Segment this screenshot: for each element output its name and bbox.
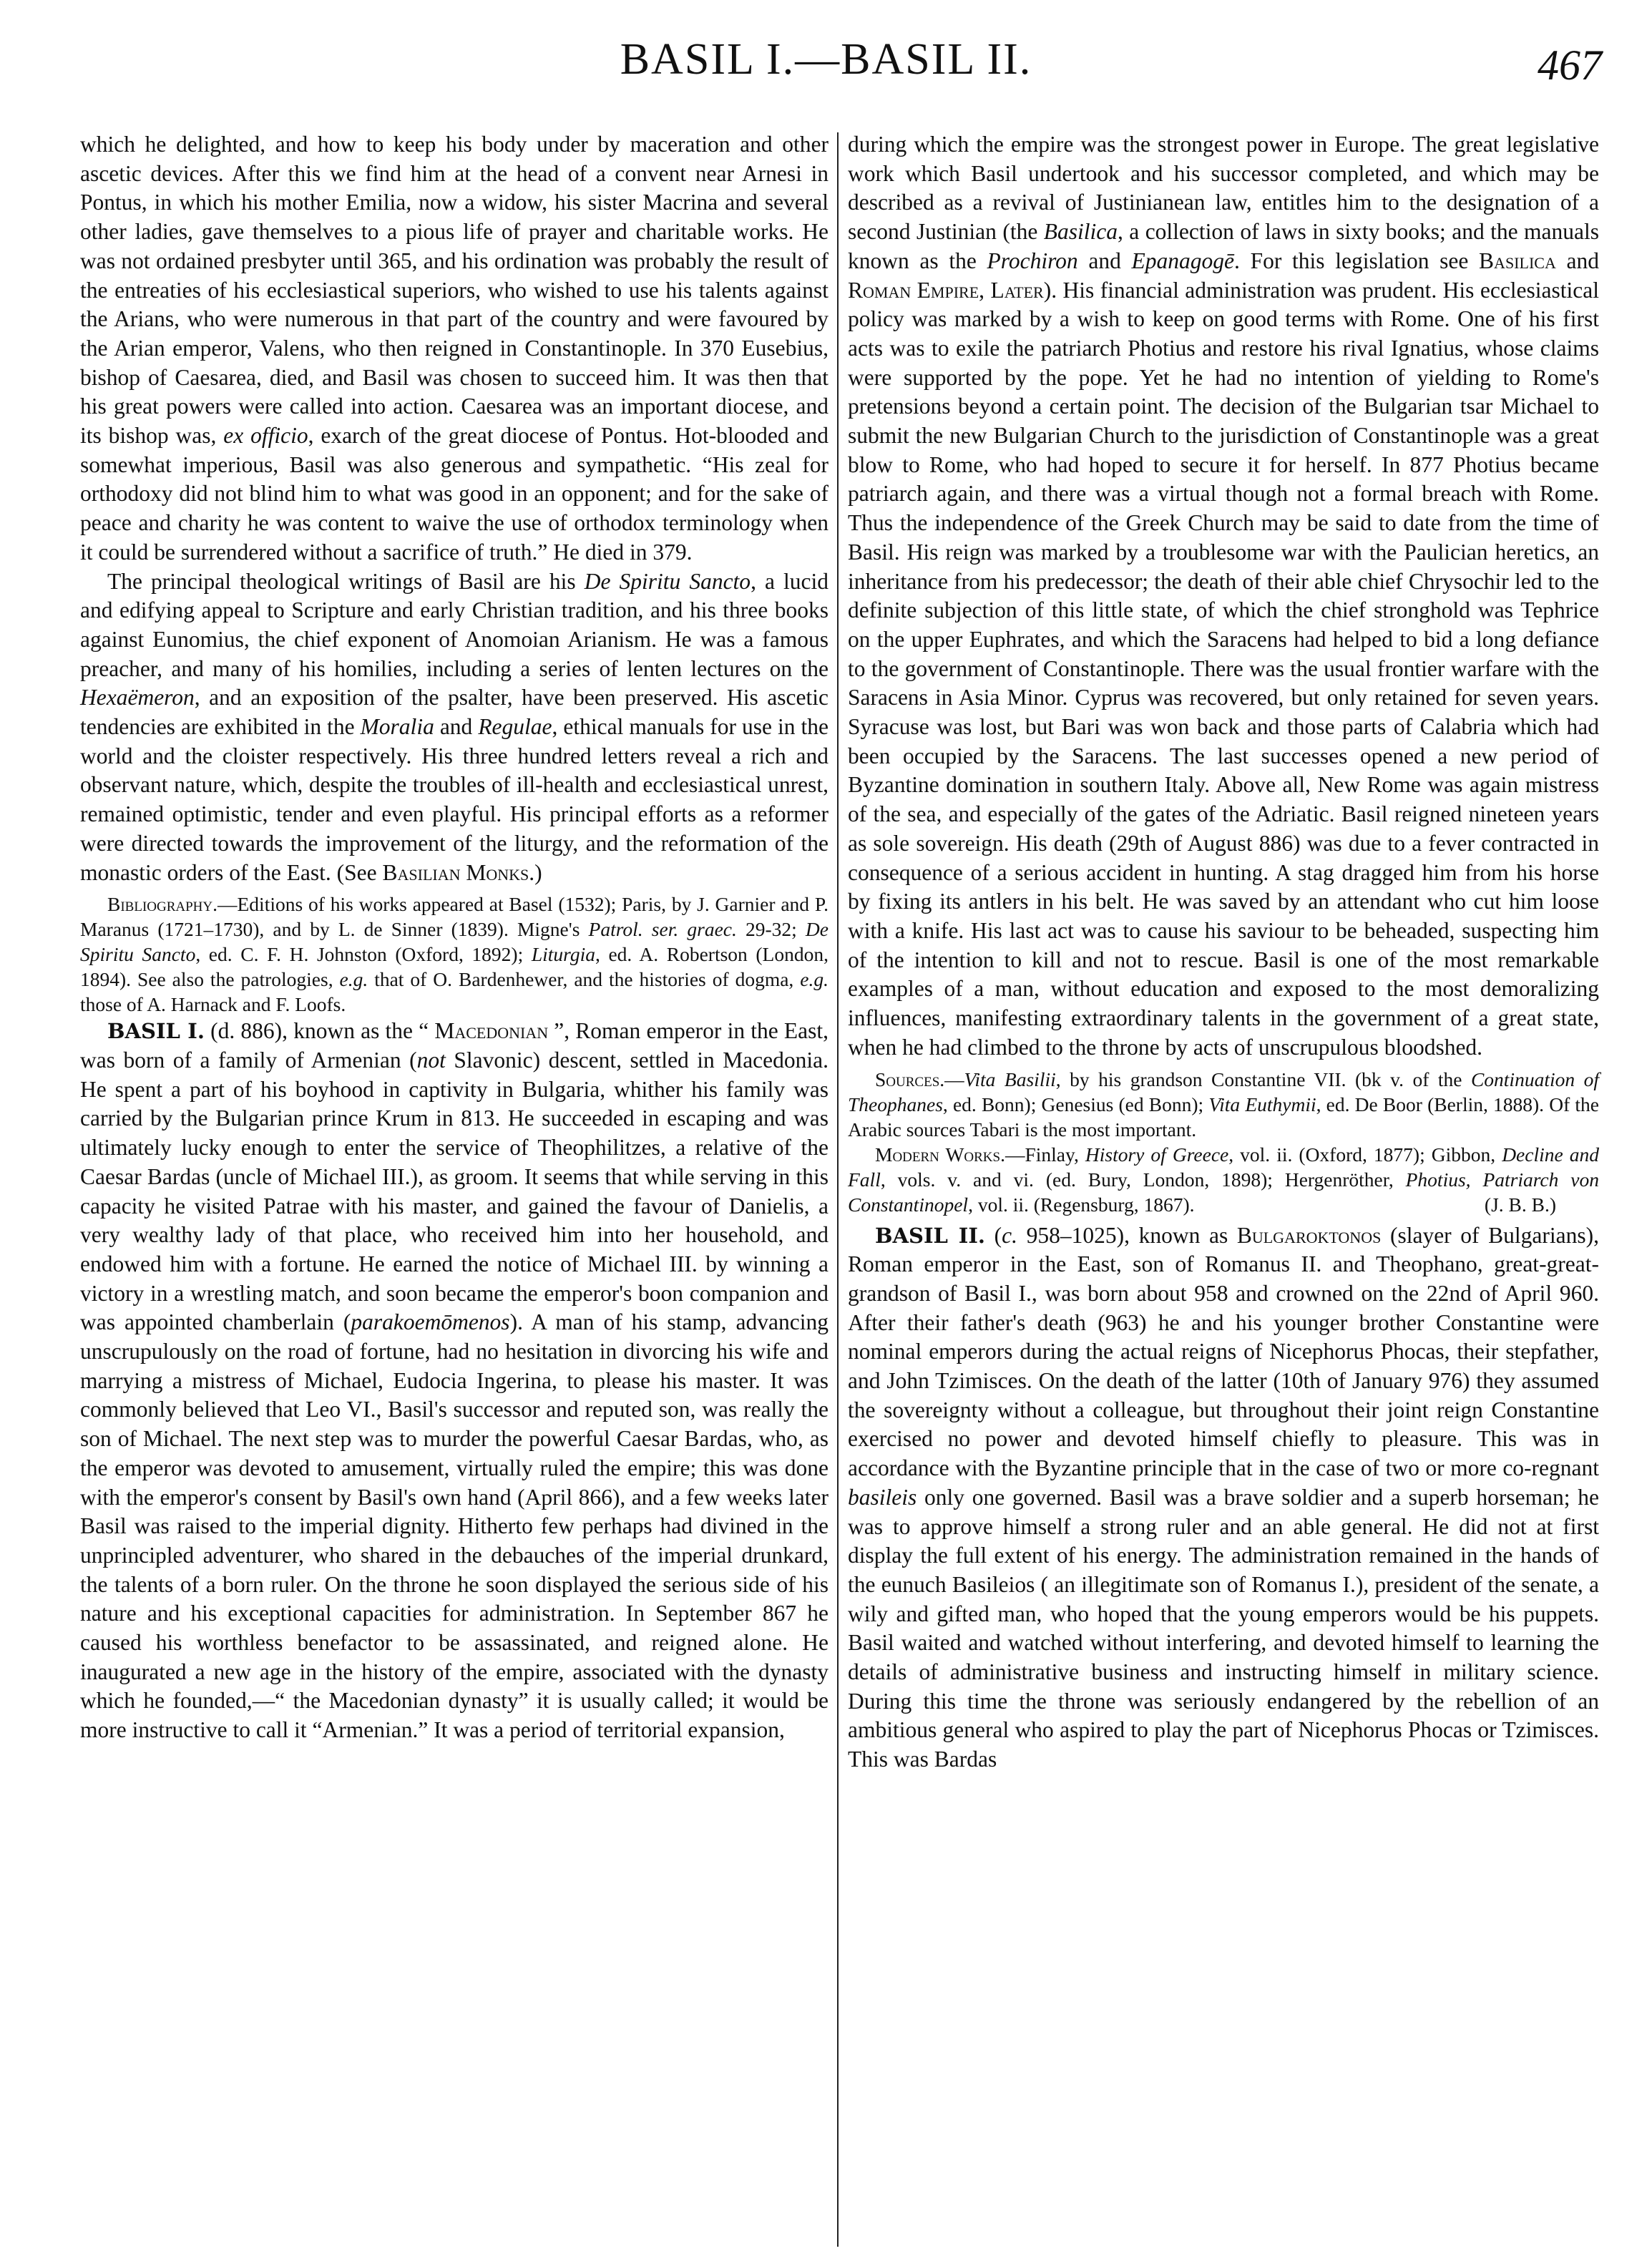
article-heading: BASIL II. (875, 1224, 985, 1248)
text-run: and (434, 714, 478, 739)
italic-text: Vita Euthymii (1208, 1093, 1316, 1115)
author-signature: (J. B. B.) (1457, 1192, 1556, 1217)
italic-text: Patrol. ser. graec. (589, 918, 737, 940)
text-run: , ed. Bonn); Genesius (ed Bonn); (943, 1093, 1208, 1115)
text-run: and (1078, 248, 1132, 273)
italic-text: Moralia (361, 714, 434, 739)
modern-works-note: Modern Works.—Finlay, History of Greece,… (848, 1142, 1599, 1217)
bibliography-note: Bibliography.—Editions of his works appe… (80, 892, 829, 1017)
cross-reference-link[interactable]: Basilica (1479, 248, 1556, 273)
note-label: Modern Works (875, 1143, 1000, 1166)
text-run: , by his grandson Constantine VII. (bk v… (1056, 1068, 1471, 1090)
text-run: Slavonic) descent, settled in Macedonia.… (80, 1048, 829, 1334)
text-run: 29-32; (737, 918, 806, 940)
italic-text: Regulae (478, 714, 552, 739)
italic-text: History of Greece (1085, 1143, 1228, 1166)
italic-text: Basilica (1044, 219, 1118, 244)
italic-text: e.g. (340, 968, 368, 990)
italic-text: Hexaëmeron (80, 685, 195, 710)
italic-text: Liturgia (532, 943, 595, 965)
paragraph-theological-writings: The principal theological writings of Ba… (80, 567, 829, 888)
text-run: (slayer of Bulgarians), Roman emperor in… (848, 1223, 1599, 1481)
note-label: Bibliography (107, 893, 212, 915)
text-run: , ed. C. F. H. Johnston (Oxford, 1892); (195, 943, 532, 965)
text-run: that of O. Bardenhewer, and the historie… (368, 968, 800, 990)
text-run: only one governed. Basil was a brave sol… (848, 1485, 1599, 1772)
text-run: , vol. ii. (Regensburg, 1867). (968, 1193, 1194, 1216)
article-basil-i-continued: during which the empire was the stronges… (848, 130, 1599, 1063)
text-run: those of A. Harnack and F. Loofs. (80, 993, 346, 1015)
italic-text: c. (1002, 1223, 1017, 1248)
note-label: Sources (875, 1068, 939, 1090)
paragraph-basil-life-continued: which he delighted, and how to keep his … (80, 130, 829, 567)
text-run: (d. 886), known as the “ (205, 1018, 434, 1043)
italic-text: Vita Basilii (964, 1068, 1056, 1090)
article-heading: BASIL I. (107, 1019, 205, 1043)
sources-note: Sources.—Vita Basilii, by his grandson C… (848, 1067, 1599, 1142)
cross-reference-link[interactable]: Basilian Monks (383, 860, 529, 885)
text-run: ). His financial administration was prud… (848, 278, 1599, 1060)
text-run: ( (985, 1223, 1002, 1248)
italic-text: parakoemōmenos (351, 1309, 509, 1334)
text-run: and (1556, 248, 1599, 273)
italic-text: e.g. (800, 968, 829, 990)
text-run: 958–1025), known as (1017, 1223, 1237, 1248)
small-caps-text: Macedonian (434, 1018, 548, 1043)
italic-text: basileis (848, 1485, 917, 1510)
italic-text: Epanagogē (1132, 248, 1234, 273)
text-run: .— (939, 1068, 964, 1090)
text-run: .) (529, 860, 542, 885)
page-number: 467 (1538, 33, 1602, 97)
text-run: The principal theological writings of Ba… (107, 569, 585, 594)
italic-text: not (417, 1048, 446, 1073)
running-head: BASIL I.—BASIL II. (0, 27, 1652, 92)
text-run: , vol. ii. (Oxford, 1877); Gibbon, (1228, 1143, 1502, 1166)
right-column: during which the empire was the stronges… (848, 130, 1599, 1774)
article-basil-ii: BASIL II. (c. 958–1025), known as Bulgar… (848, 1221, 1599, 1774)
cross-reference-link[interactable]: Roman Empire, Later (848, 278, 1044, 303)
article-basil-i: BASIL I. (d. 886), known as the “ Macedo… (80, 1017, 829, 1745)
text-run: .—Finlay, (1000, 1143, 1085, 1166)
text-run: . For this legislation see (1234, 248, 1479, 273)
page-header: BASIL I.—BASIL II. 467 (0, 27, 1652, 92)
small-caps-text: Bulgaroktonos (1237, 1223, 1382, 1248)
text-run: , vols. v. and vi. (ed. Bury, London, 18… (881, 1168, 1406, 1191)
column-divider (837, 132, 839, 2247)
italic-text: De Spiritu Sancto (585, 569, 751, 594)
text-run: which he delighted, and how to keep his … (80, 132, 829, 448)
italic-text: ex officio (223, 423, 308, 448)
text-run: ). A man of his stamp, advancing unscrup… (80, 1309, 829, 1742)
left-column: which he delighted, and how to keep his … (80, 130, 829, 1745)
italic-text: Prochiron (987, 248, 1078, 273)
